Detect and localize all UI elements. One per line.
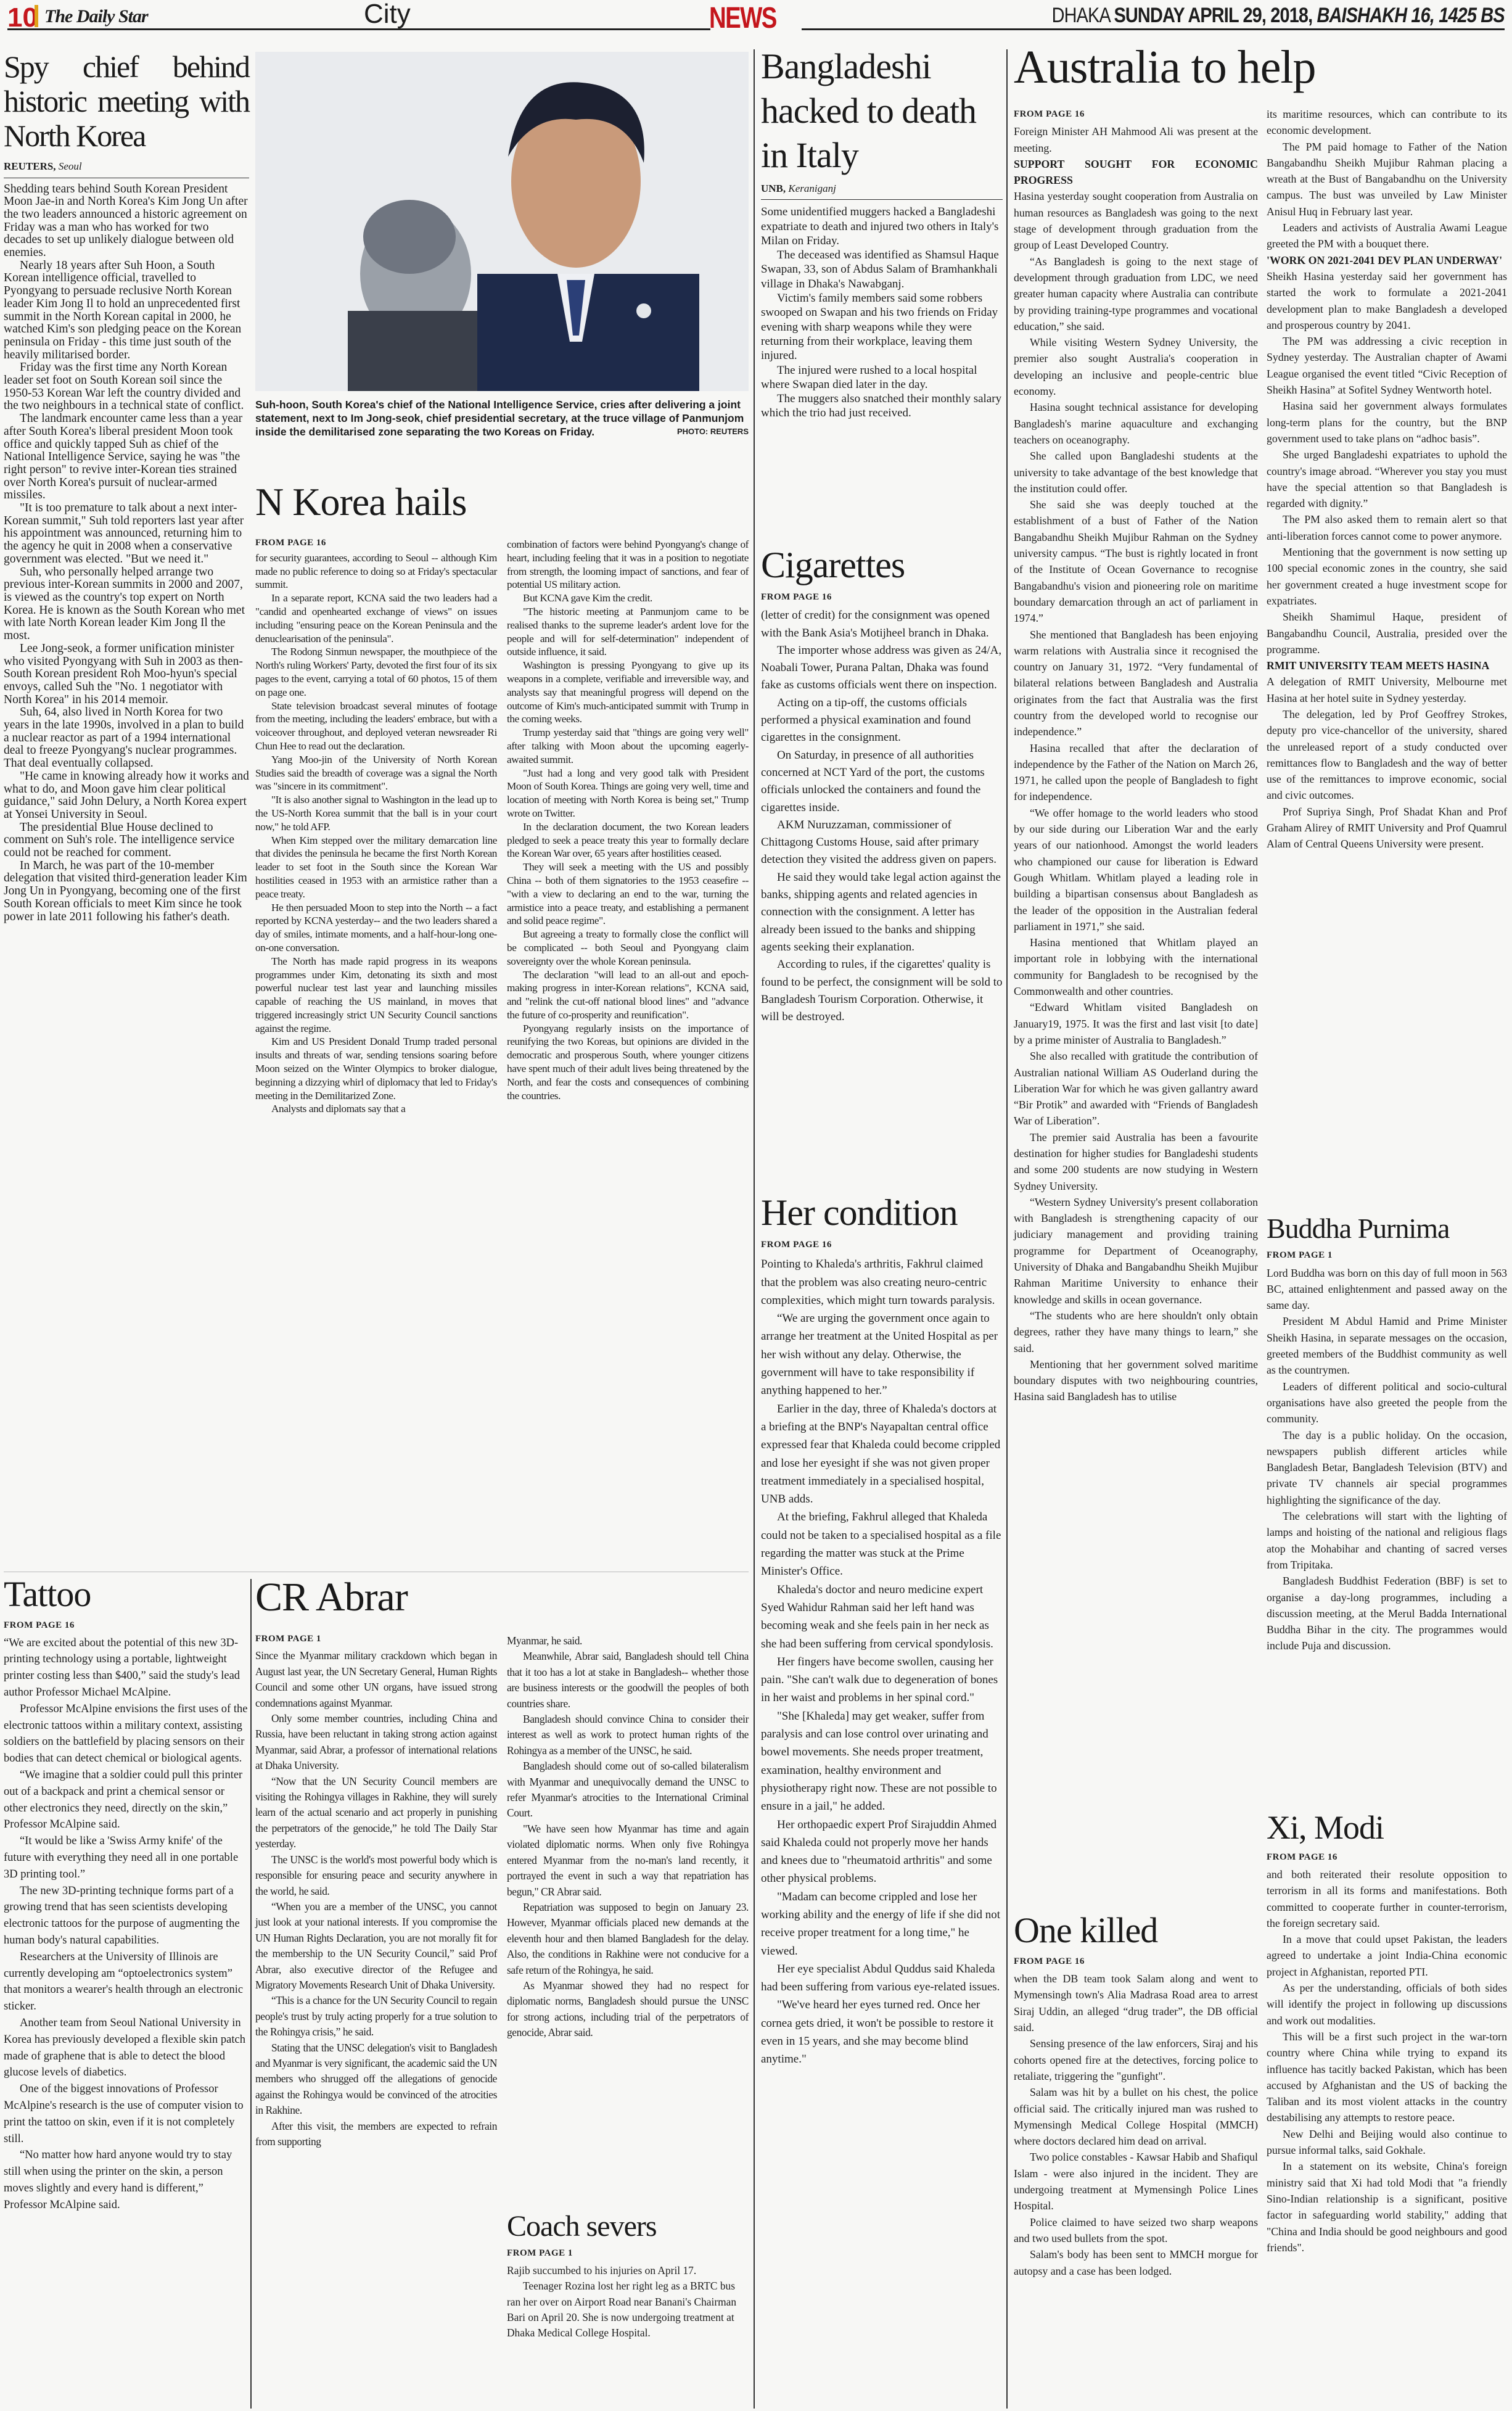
article-coach: Coach severs FROM PAGE 1 Rajib succumbed… — [507, 2211, 749, 2341]
headline: Her condition — [761, 1193, 1003, 1232]
article-nkorea-col2: combination of factors were behind Pyong… — [507, 538, 749, 1102]
headline: Buddha Purnima — [1267, 1214, 1507, 1243]
continuation-kicker: FROM PAGE 16 — [4, 1617, 248, 1634]
article-her-condition: Her condition FROM PAGE 16 Pointing to K… — [761, 1193, 1003, 2069]
headline: Cigarettes — [761, 546, 1003, 585]
section-tag: NEWS — [709, 1, 776, 35]
photo-credit: PHOTO: REUTERS — [677, 425, 749, 439]
dateline-city: DHAKA — [1052, 4, 1110, 27]
headline-australia: Australia to help — [1014, 43, 1316, 93]
headline: Spy chief behind historic meeting with N… — [4, 49, 249, 153]
column-rule — [1006, 49, 1008, 2409]
section-title: City — [364, 0, 411, 30]
article-xi-modi: Xi, Modi FROM PAGE 16 and both reiterate… — [1267, 1810, 1507, 2256]
news-photo — [255, 52, 749, 391]
byline-rule — [4, 178, 249, 178]
headline: One killed — [1014, 1912, 1258, 1950]
article-nkorea-col1: FROM PAGE 16 for security guarantees, ac… — [255, 537, 497, 1116]
section-divider — [4, 1572, 749, 1572]
article-buddha-purnima: Buddha Purnima FROM PAGE 1 Lord Buddha w… — [1267, 1214, 1507, 1654]
headline-nkorea: N Korea hails — [255, 481, 466, 522]
dateline-date: SUNDAY APRIL 29, 2018, — [1114, 4, 1313, 27]
dateline-bengali: BAISHAKH 16, 1425 BS — [1317, 4, 1505, 27]
continuation-kicker: FROM PAGE 16 — [761, 1236, 1003, 1254]
headline: Coach severs — [507, 2211, 749, 2242]
article-crabrar-col1: FROM PAGE 1 Since the Myanmar military c… — [255, 1631, 497, 2149]
continuation-kicker: FROM PAGE 16 — [1014, 1953, 1258, 1969]
continuation-kicker: FROM PAGE 16 — [1267, 1849, 1507, 1865]
headline: Tattoo — [4, 1576, 248, 1614]
headline: Bangladeshi hacked to death in Italy — [761, 44, 1003, 178]
article-spy-chief: Spy chief behind historic meeting with N… — [4, 49, 249, 923]
continuation-kicker: FROM PAGE 1 — [507, 2246, 749, 2261]
article-australia-col1: FROM PAGE 16 Foreign Minister AH Mahmood… — [1014, 106, 1258, 1405]
byline: UNB, Keraniganj — [761, 181, 1003, 196]
subhead: 'WORK ON 2021-2041 DEV PLAN UNDERWAY' — [1267, 252, 1507, 268]
column-rule — [754, 49, 755, 2409]
byline-rule — [761, 199, 1003, 200]
headline: Xi, Modi — [1267, 1810, 1507, 1845]
article-body: Shedding tears behind South Korean Presi… — [4, 183, 249, 924]
article-tattoo: Tattoo FROM PAGE 16 “We are excited abou… — [4, 1576, 248, 2214]
byline: REUTERS, Seoul — [4, 159, 249, 174]
newspaper-logo: The Daily Star — [44, 6, 148, 27]
subhead: SUPPORT SOUGHT FOR ECONOMIC PROGRESS — [1014, 156, 1258, 189]
article-one-killed: One killed FROM PAGE 16 when the DB team… — [1014, 1912, 1258, 2279]
photo-illustration — [255, 52, 749, 391]
photo-caption: Suh-hoon, South Korea's chief of the Nat… — [255, 398, 749, 439]
column-rule — [250, 1579, 252, 2409]
masthead-rule-right — [802, 28, 1505, 30]
article-italy: Bangladeshi hacked to death in Italy UNB… — [761, 44, 1003, 421]
masthead-rule-left — [7, 28, 710, 30]
dateline: DHAKA SUNDAY APRIL 29, 2018, BAISHAKH 16… — [1052, 4, 1505, 28]
continuation-kicker: FROM PAGE 16 — [761, 588, 1003, 606]
masthead-divider — [35, 5, 38, 27]
continuation-kicker: FROM PAGE 1 — [255, 1631, 497, 1647]
continuation-kicker: FROM PAGE 16 — [1014, 106, 1258, 122]
article-crabrar-col2: Myanmar, he said. Meanwhile, Abrar said,… — [507, 1633, 749, 2041]
article-australia-col2: its maritime resources, which can contri… — [1267, 106, 1507, 852]
article-cigarettes: Cigarettes FROM PAGE 16 (letter of credi… — [761, 546, 1003, 1026]
headline-crabrar: CR Abrar — [255, 1576, 408, 1618]
continuation-kicker: FROM PAGE 1 — [1267, 1247, 1507, 1263]
subhead: RMIT UNIVERSITY TEAM MEETS HASINA — [1267, 657, 1507, 674]
continuation-kicker: FROM PAGE 16 — [255, 537, 497, 550]
